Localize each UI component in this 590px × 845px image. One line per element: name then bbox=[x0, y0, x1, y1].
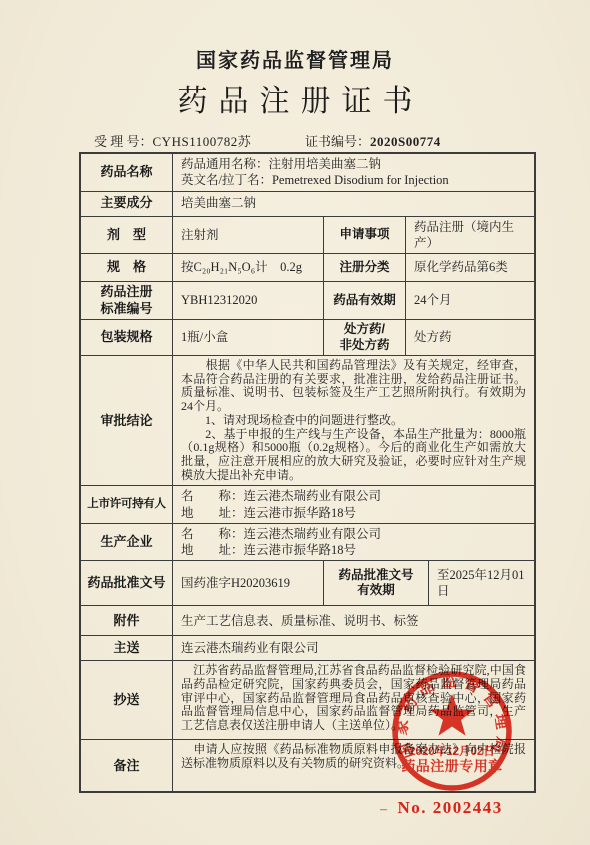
row-label: 生产企业 bbox=[81, 524, 173, 561]
serial-dash: – bbox=[380, 802, 389, 818]
row-label-2: 申请事项 bbox=[323, 217, 406, 254]
table-row-attachments: 附件 生产工艺信息表、质量标准、说明书、标签 bbox=[81, 605, 534, 635]
document-title: 药品注册证书 bbox=[0, 76, 590, 120]
stamp-caption: 药品注册专用章 bbox=[401, 758, 503, 774]
row-label: 附件 bbox=[81, 606, 173, 635]
row-value-2: 药品注册（境内生产） bbox=[406, 217, 534, 254]
table-row-specification: 规 格 按C₂₀H₂₁N₅O₆计 0.2g 注册分类 原化学药品第6类 bbox=[81, 253, 534, 281]
table-row-package-spec: 包装规格 1瓶/小盒 处方药/ 非处方药 处方药 bbox=[81, 319, 534, 355]
table-row-main-ingredient: 主要成分 培美曲塞二钠 bbox=[81, 191, 534, 216]
row-value: 名 称：连云港杰瑞药业有限公司 地 址：连云港市振华路18号 bbox=[173, 524, 534, 561]
row-value: 按C₂₀H₂₁N₅O₆计 0.2g bbox=[173, 254, 323, 281]
table-row-standard-no: 药品注册 标准编号 YBH12312020 药品有效期 24个月 bbox=[81, 281, 534, 319]
stamp-date: 2020年12月02日 bbox=[409, 744, 495, 758]
row-label: 审批结论 bbox=[81, 356, 173, 485]
certificate-number: 证书编号：2020S00774 bbox=[305, 131, 441, 150]
star-icon bbox=[430, 694, 474, 736]
registration-stamp: 国家药品监督管理局 2020年12月02日 药品注册专用章 bbox=[372, 651, 532, 811]
row-label: 备注 bbox=[81, 740, 173, 791]
row-value-2: 处方药 bbox=[406, 320, 534, 355]
row-value: 1瓶/小盒 bbox=[173, 320, 323, 355]
row-value-2: 24个月 bbox=[406, 282, 534, 319]
row-value: 名 称：连云港杰瑞药业有限公司 地 址：连云港市振华路18号 bbox=[173, 486, 534, 523]
row-value: 根据《中华人民共和国药品管理法》及有关规定，经审查，本品符合药品注册的有关要求，… bbox=[173, 356, 534, 485]
table-row-drug-name: 药品名称 药品通用名称：注射用培美曲塞二钠 英文名/拉丁名：Pemetrexed… bbox=[81, 154, 534, 191]
row-label-2: 药品批准文号 有效期 bbox=[323, 561, 429, 605]
table-row-license-holder: 上市许可持有人 名 称：连云港杰瑞药业有限公司 地 址：连云港市振华路18号 bbox=[81, 485, 534, 523]
serial-number: – No. 2002443 bbox=[380, 798, 503, 818]
table-row-manufacturer: 生产企业 名 称：连云港杰瑞药业有限公司 地 址：连云港市振华路18号 bbox=[81, 523, 534, 561]
table-row-dosage-form: 剂 型 注射剂 申请事项 药品注册（境内生产） bbox=[81, 216, 534, 254]
row-label: 药品注册 标准编号 bbox=[81, 282, 173, 319]
row-label: 规 格 bbox=[81, 254, 173, 281]
certificate-number-value: 2020S00774 bbox=[370, 134, 441, 149]
row-label-2: 药品有效期 bbox=[323, 282, 406, 319]
certificate-document: 国家药品监督管理局 药品注册证书 受 理 号：CYHS1100782苏 证书编号… bbox=[0, 0, 590, 845]
row-value-2: 至2025年12月01日 bbox=[429, 561, 534, 605]
row-label-2: 注册分类 bbox=[323, 254, 406, 281]
certificate-number-label: 证书编号： bbox=[305, 134, 370, 149]
acceptance-number-label: 受 理 号： bbox=[94, 134, 153, 149]
row-value: 生产工艺信息表、质量标准、说明书、标签 bbox=[173, 606, 534, 635]
row-label: 剂 型 bbox=[81, 217, 173, 254]
row-value: 国药准字H20203619 bbox=[173, 561, 323, 605]
row-value: 注射剂 bbox=[173, 217, 323, 254]
row-value-2: 原化学药品第6类 bbox=[406, 254, 534, 281]
serial-number-value: No. 2002443 bbox=[398, 798, 503, 818]
meta-row: 受 理 号：CYHS1100782苏 证书编号：2020S00774 bbox=[79, 131, 532, 151]
row-label: 主送 bbox=[81, 636, 173, 660]
row-label: 主要成分 bbox=[81, 192, 173, 216]
table-row-approval-conclusion: 审批结论 根据《中华人民共和国药品管理法》及有关规定，经审查，本品符合药品注册的… bbox=[81, 355, 534, 485]
row-value: 培美曲塞二钠 bbox=[173, 192, 534, 216]
row-value: YBH12312020 bbox=[173, 282, 323, 319]
row-label: 上市许可持有人 bbox=[81, 486, 173, 523]
row-label-2: 处方药/ 非处方药 bbox=[323, 320, 406, 355]
acceptance-number-value: CYHS1100782苏 bbox=[153, 134, 252, 149]
agency-name: 国家药品监督管理局 bbox=[0, 44, 590, 73]
row-label: 抄送 bbox=[81, 661, 173, 739]
row-value: 药品通用名称：注射用培美曲塞二钠 英文名/拉丁名：Pemetrexed Diso… bbox=[173, 154, 534, 191]
row-label: 药品名称 bbox=[81, 154, 173, 191]
row-label: 包装规格 bbox=[81, 320, 173, 355]
acceptance-number: 受 理 号：CYHS1100782苏 bbox=[94, 131, 251, 150]
table-row-approval-no: 药品批准文号 国药准字H20203619 药品批准文号 有效期 至2025年12… bbox=[81, 560, 534, 605]
row-label: 药品批准文号 bbox=[81, 561, 173, 605]
